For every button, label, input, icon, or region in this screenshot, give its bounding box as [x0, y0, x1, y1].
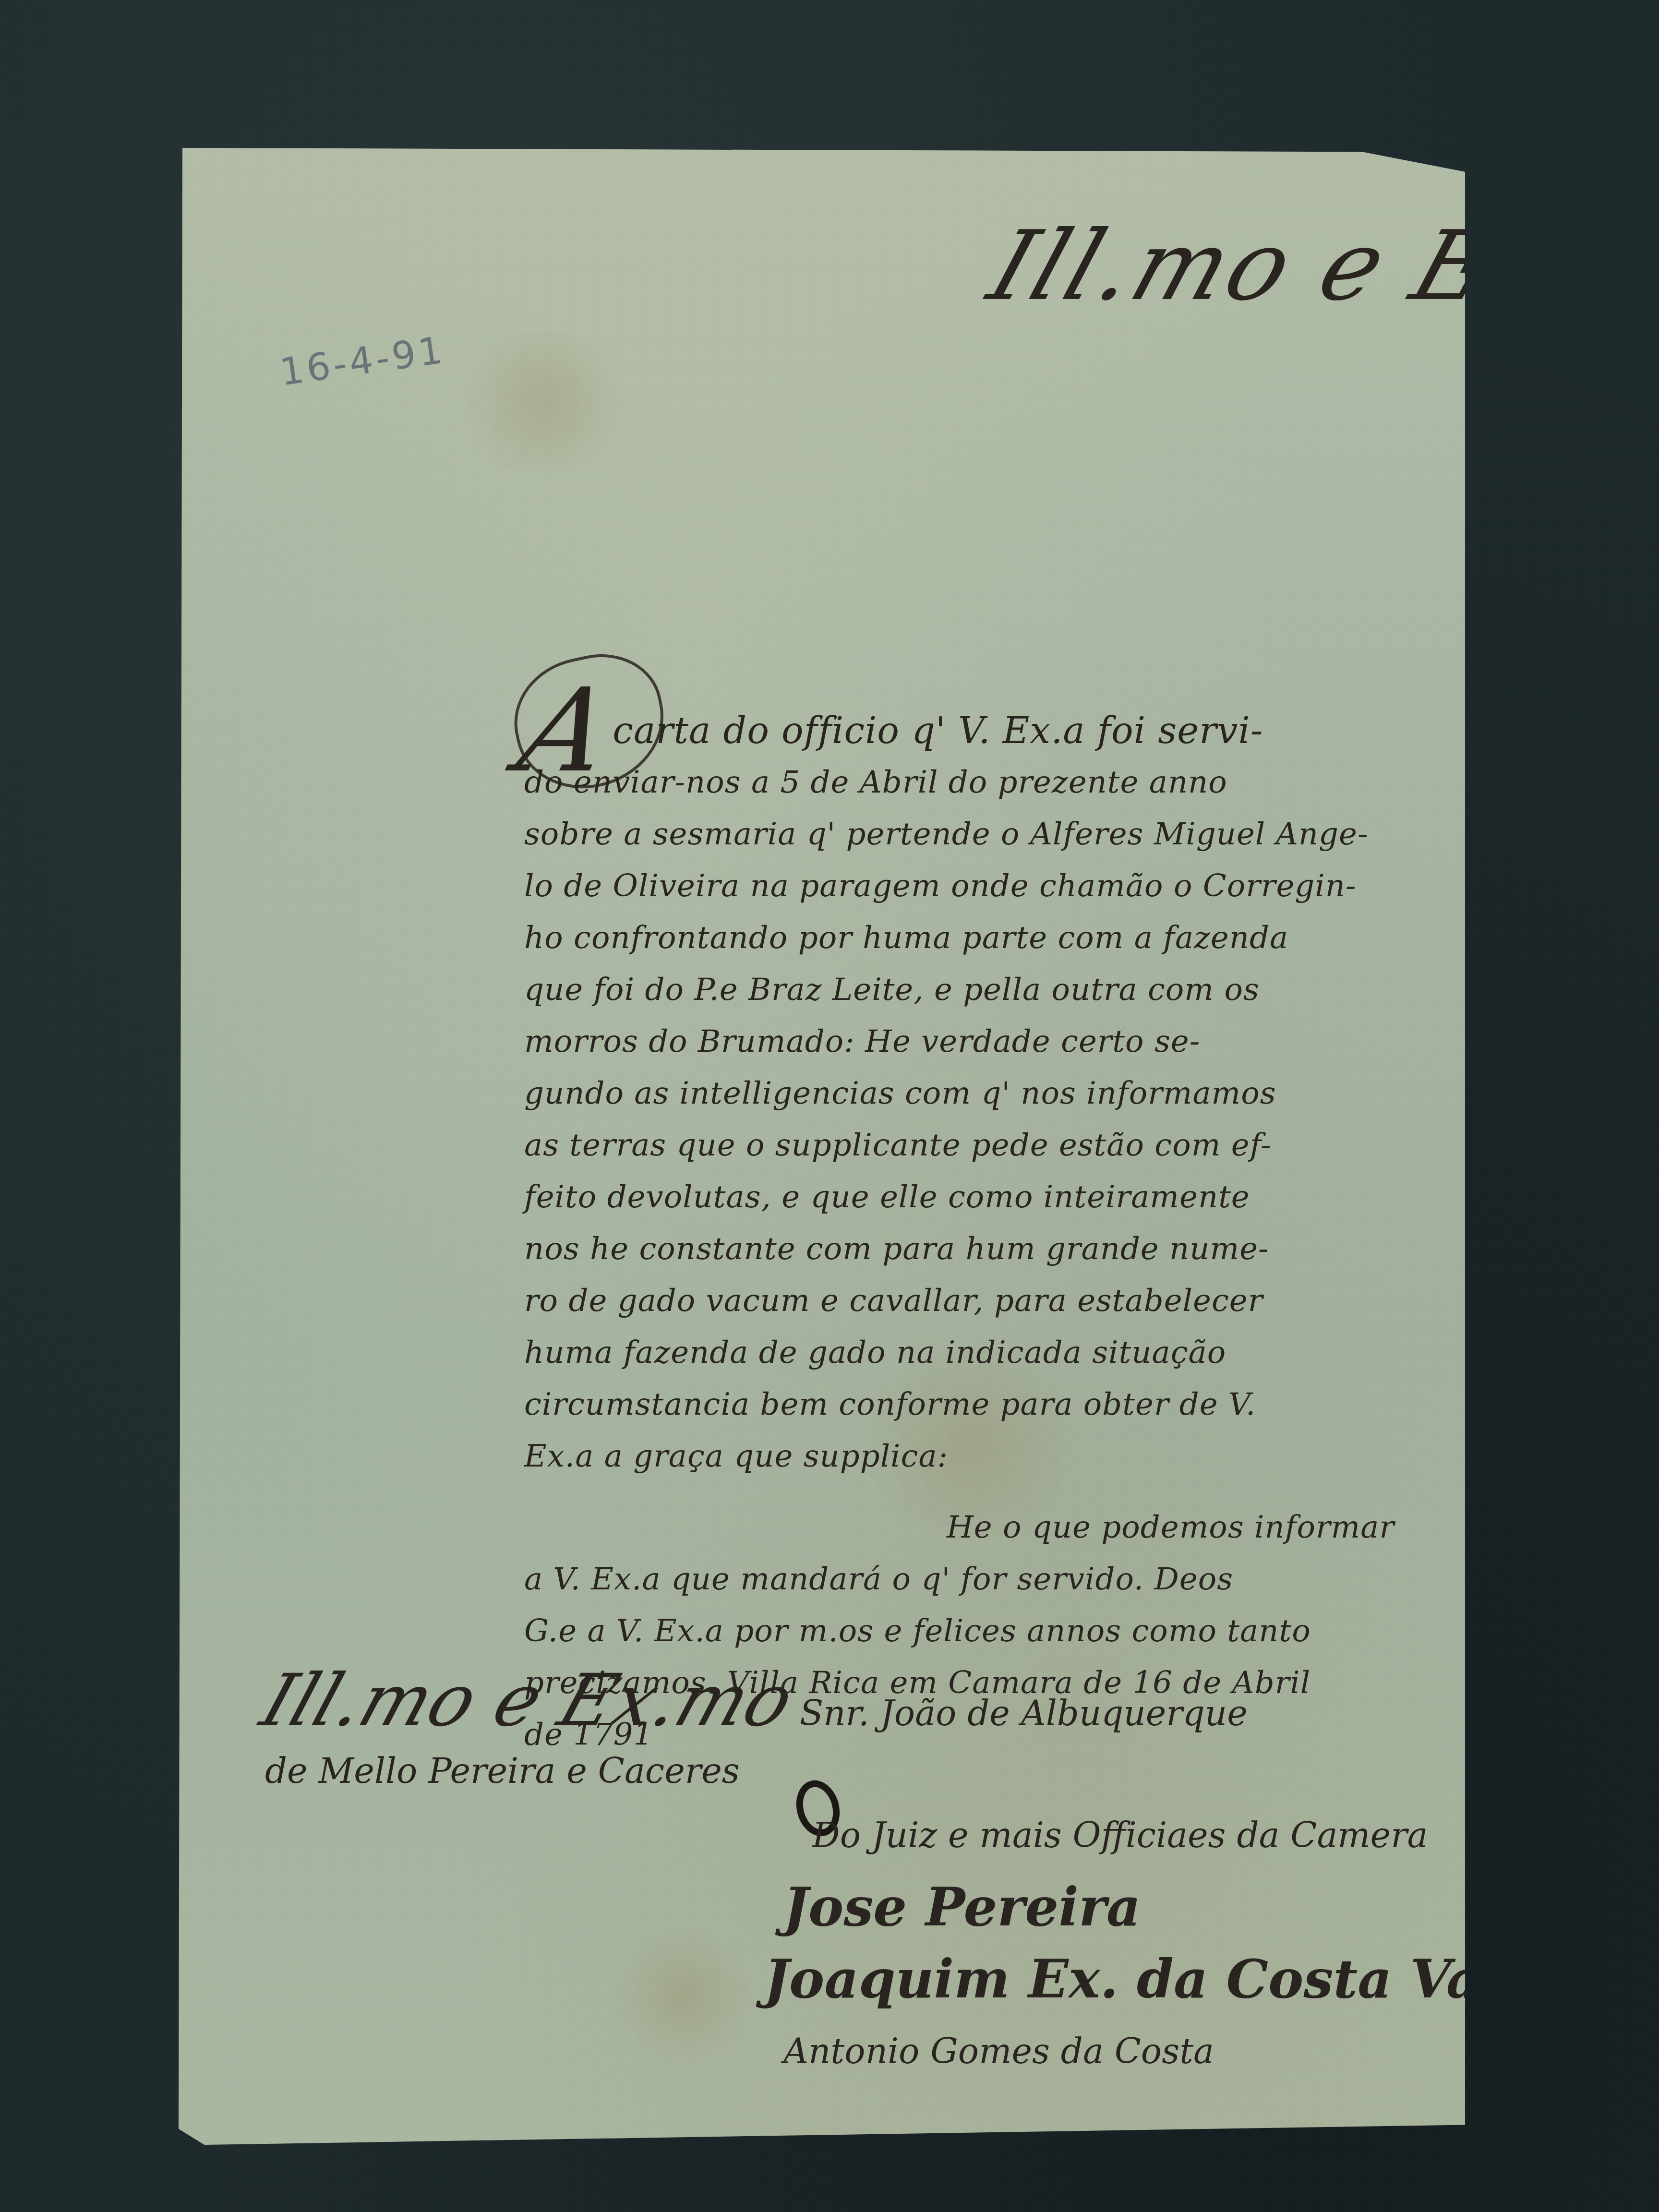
body-line: morros do Brumado: He verdade certo se- — [524, 1016, 1446, 1068]
signature: Antonio Gomes da Costa — [755, 2015, 1554, 2087]
body-line: nos he constante com para hum grande num… — [524, 1223, 1446, 1275]
signature-block: Do Juiz e mais Officiaes da Camera Jose … — [755, 1799, 1554, 2087]
body-line: circumstancia bem conforme para obter de… — [524, 1379, 1446, 1431]
body-line: gundo as intelligencias com q' nos infor… — [524, 1068, 1446, 1119]
letter-body: Acarta do officio q' V. Ex.a foi servi- … — [524, 705, 1446, 1761]
body-line: feito devolutas, e que elle como inteira… — [524, 1171, 1446, 1223]
paper-stain — [611, 1924, 755, 2068]
addressee-block: Ill.mo e Ex.moSnr. João de Albuquerque d… — [265, 1665, 1248, 1800]
body-line-1: Acarta do officio q' V. Ex.a foi servi- — [524, 705, 1446, 757]
body-line: ho confrontando por huma parte com a faz… — [524, 912, 1446, 964]
body-line: Ex.a a graça que supplica: — [524, 1431, 1446, 1482]
signature: Joaquim Ex. da Costa Valle — [755, 1943, 1554, 2015]
pencil-date-note: 16-4-91 — [277, 328, 448, 394]
closing-line: a V. Ex.a que mandará o q' for servido. … — [524, 1553, 1446, 1605]
paragraph-gap — [524, 1482, 1446, 1502]
body-line: ro de gado vacum e cavallar, para estabe… — [524, 1275, 1446, 1327]
signature: Jose Pereira — [755, 1871, 1554, 1943]
body-line: as terras que o supplicante pede estão c… — [524, 1119, 1446, 1171]
addressee-line-1: Ill.mo e Ex.moSnr. João de Albuquerque — [265, 1665, 1248, 1742]
body-line: que foi do P.e Braz Leite, e pella outra… — [524, 964, 1446, 1016]
manuscript-page: 16-4-91 Ill.mo e Ex.mo Snr. Acarta do of… — [179, 148, 1465, 2145]
body-line: do enviar-nos a 5 de Abril do prezente a… — [524, 757, 1446, 808]
paper-stain — [447, 330, 639, 474]
addressee-line-2: de Mello Pereira e Caceres — [265, 1742, 1248, 1800]
addressee-title: Ill.mo e Ex.mo — [253, 1665, 802, 1737]
body-line: sobre a sesmaria q' pertende o Alferes M… — [524, 808, 1446, 860]
drop-cap-initial: A — [517, 705, 615, 757]
closing-line: G.e a V. Ex.a por m.os e felices annos c… — [524, 1605, 1446, 1657]
closing-line: He o que podemos informar — [524, 1502, 1446, 1553]
body-line: lo de Oliveira na paragem onde chamão o … — [524, 860, 1446, 912]
body-line: huma fazenda de gado na indicada situaçã… — [524, 1327, 1446, 1379]
signatories-heading: Do Juiz e mais Officiaes da Camera — [755, 1799, 1554, 1871]
